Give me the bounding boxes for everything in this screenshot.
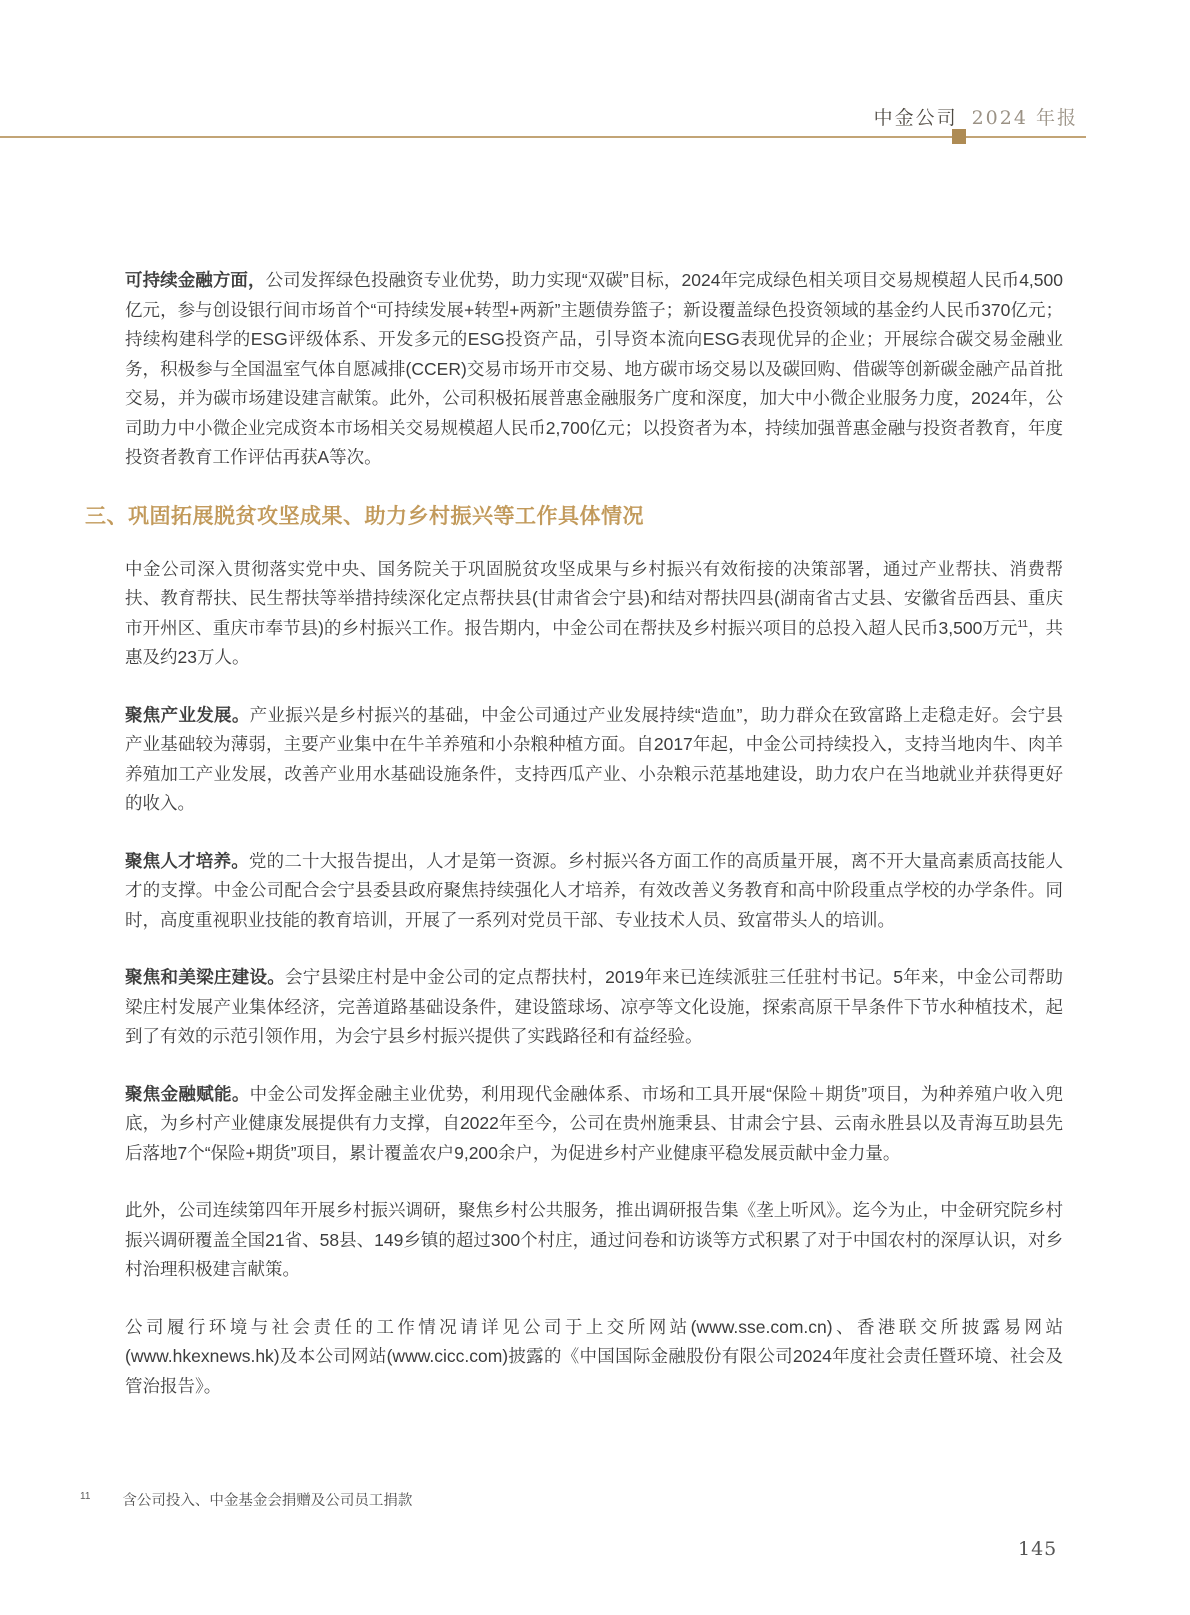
header-company-name: 中金公司 [874, 107, 958, 129]
paragraph-lead-talent-cultivation: 聚焦人才培养。 [125, 851, 249, 871]
page-header: 中金公司2024 年报 [874, 103, 1078, 130]
paragraph-liangzhuang-village: 聚焦和美梁庄建设。会宁县梁庄村是中金公司的定点帮扶村，2019年来已连续派驻三任… [125, 963, 1063, 1052]
paragraph-text-sustainable-finance: 公司发挥绿色投融资专业优势，助力实现“双碳”目标，2024年完成绿色相关项目交易… [125, 270, 1063, 467]
page-number: 145 [1018, 1538, 1057, 1560]
header-rule-square-ornament [952, 129, 966, 144]
report-page: { "header": { "company": "中金公司", "editio… [0, 0, 1190, 1615]
document-body: 可持续金融方面，公司发挥绿色投融资专业优势，助力实现“双碳”目标，2024年完成… [125, 266, 1063, 1429]
footnote-marker: 11 [80, 1491, 90, 1502]
footnote-reference: 11 [1018, 619, 1028, 630]
section-heading: 三、巩固拓展脱贫攻坚成果、助力乡村振兴等工作具体情况 [85, 501, 1063, 533]
paragraph-section-intro: 中金公司深入贯彻落实党中央、国务院关于巩固脱贫攻坚成果与乡村振兴有效衔接的决策部… [125, 555, 1063, 673]
footnote-text: 含公司投入、中金基金会捐赠及公司员工捐款 [122, 1493, 412, 1509]
paragraph-sustainable-finance: 可持续金融方面，公司发挥绿色投融资专业优势，助力实现“双碳”目标，2024年完成… [125, 266, 1063, 473]
paragraph-talent-cultivation: 聚焦人才培养。党的二十大报告提出，人才是第一资源。乡村振兴各方面工作的高质量开展… [125, 847, 1063, 936]
header-report-edition: 2024 年报 [972, 107, 1078, 129]
paragraph-rural-research: 此外，公司连续第四年开展乡村振兴调研，聚焦乡村公共服务，推出调研报告集《垄上听风… [125, 1196, 1063, 1285]
paragraph-lead-financial-empowerment: 聚焦金融赋能。 [125, 1084, 250, 1104]
paragraph-esg-report-reference: 公司履行环境与社会责任的工作情况请详见公司于上交所网站(www.sse.com.… [125, 1313, 1063, 1402]
paragraph-text-industry-development: 产业振兴是乡村振兴的基础，中金公司通过产业发展持续“造血”，助力群众在致富路上走… [125, 705, 1063, 814]
paragraph-industry-development: 聚焦产业发展。产业振兴是乡村振兴的基础，中金公司通过产业发展持续“造血”，助力群… [125, 701, 1063, 819]
paragraph-financial-empowerment: 聚焦金融赋能。中金公司发挥金融主业优势，利用现代金融体系、市场和工具开展“保险＋… [125, 1080, 1063, 1169]
header-rule [0, 136, 1086, 138]
paragraph-text-talent-cultivation: 党的二十大报告提出，人才是第一资源。乡村振兴各方面工作的高质量开展，离不开大量高… [125, 851, 1063, 930]
footnote: 11含公司投入、中金基金会捐赠及公司员工捐款 [80, 1487, 980, 1511]
intro-text-before-note: 中金公司深入贯彻落实党中央、国务院关于巩固脱贫攻坚成果与乡村振兴有效衔接的决策部… [125, 559, 1063, 638]
paragraph-lead-sustainable-finance: 可持续金融方面， [125, 270, 266, 290]
paragraph-lead-liangzhuang-village: 聚焦和美梁庄建设。 [125, 967, 285, 987]
paragraph-lead-industry-development: 聚焦产业发展。 [125, 705, 250, 725]
paragraph-text-financial-empowerment: 中金公司发挥金融主业优势，利用现代金融体系、市场和工具开展“保险＋期货”项目，为… [125, 1084, 1063, 1163]
